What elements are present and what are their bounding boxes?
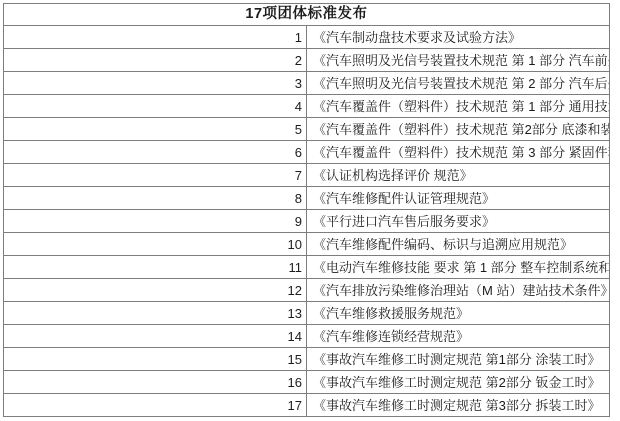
table-title: 17项团体标准发布 — [4, 4, 610, 26]
row-title: 《汽车覆盖件（塑料件）技术规范 第 3 部分 紧固件和五金附件》 — [307, 141, 610, 164]
row-number: 12 — [4, 279, 307, 302]
row-title: 《汽车维修连锁经营规范》 — [307, 325, 610, 348]
table-row: 17 《事故汽车维修工时测定规范 第3部分 拆装工时》 — [4, 394, 610, 417]
table-row: 14 《汽车维修连锁经营规范》 — [4, 325, 610, 348]
standards-table: 17项团体标准发布 1 《汽车制动盘技术要求及试验方法》 2 《汽车照明及光信号… — [3, 3, 610, 417]
row-title: 《汽车维修配件编码、标识与追溯应用规范》 — [307, 233, 610, 256]
row-title: 《汽车排放污染维修治理站（M 站）建站技术条件》 — [307, 279, 610, 302]
row-number: 14 — [4, 325, 307, 348]
table-row: 12 《汽车排放污染维修治理站（M 站）建站技术条件》 — [4, 279, 610, 302]
row-title: 《汽车照明及光信号装置技术规范 第 1 部分 汽车前外部照明及光信号装置》 — [307, 49, 610, 72]
row-number: 4 — [4, 95, 307, 118]
row-number: 10 — [4, 233, 307, 256]
table-row: 5 《汽车覆盖件（塑料件）技术规范 第2部分 底漆和装饰涂层》 — [4, 118, 610, 141]
row-title: 《汽车制动盘技术要求及试验方法》 — [307, 26, 610, 49]
row-title: 《平行进口汽车售后服务要求》 — [307, 210, 610, 233]
table-row: 7 《认证机构选择评价 规范》 — [4, 164, 610, 187]
row-title: 《认证机构选择评价 规范》 — [307, 164, 610, 187]
standards-table-header: 17项团体标准发布 — [4, 4, 610, 26]
table-row: 6 《汽车覆盖件（塑料件）技术规范 第 3 部分 紧固件和五金附件》 — [4, 141, 610, 164]
row-title: 《事故汽车维修工时测定规范 第2部分 钣金工时》 — [307, 371, 610, 394]
row-number: 3 — [4, 72, 307, 95]
standards-table-body: 1 《汽车制动盘技术要求及试验方法》 2 《汽车照明及光信号装置技术规范 第 1… — [4, 26, 610, 417]
table-row: 3 《汽车照明及光信号装置技术规范 第 2 部分 汽车后外部照明及光信号装置》 — [4, 72, 610, 95]
row-title: 《汽车维修配件认证管理规范》 — [307, 187, 610, 210]
row-number: 17 — [4, 394, 307, 417]
row-title: 《事故汽车维修工时测定规范 第3部分 拆装工时》 — [307, 394, 610, 417]
table-title-row: 17项团体标准发布 — [4, 4, 610, 26]
table-row: 4 《汽车覆盖件（塑料件）技术规范 第 1 部分 通用技术要求》 — [4, 95, 610, 118]
table-row: 2 《汽车照明及光信号装置技术规范 第 1 部分 汽车前外部照明及光信号装置》 — [4, 49, 610, 72]
table-row: 1 《汽车制动盘技术要求及试验方法》 — [4, 26, 610, 49]
table-row: 8 《汽车维修配件认证管理规范》 — [4, 187, 610, 210]
row-title: 《电动汽车维修技能 要求 第 1 部分 整车控制系统和驱动电机系统》 — [307, 256, 610, 279]
row-number: 7 — [4, 164, 307, 187]
row-number: 13 — [4, 302, 307, 325]
table-row: 15 《事故汽车维修工时测定规范 第1部分 涂装工时》 — [4, 348, 610, 371]
row-number: 5 — [4, 118, 307, 141]
row-title: 《汽车维修救援服务规范》 — [307, 302, 610, 325]
table-row: 13 《汽车维修救援服务规范》 — [4, 302, 610, 325]
row-title: 《汽车覆盖件（塑料件）技术规范 第 1 部分 通用技术要求》 — [307, 95, 610, 118]
table-row: 10 《汽车维修配件编码、标识与追溯应用规范》 — [4, 233, 610, 256]
row-number: 16 — [4, 371, 307, 394]
row-title: 《事故汽车维修工时测定规范 第1部分 涂装工时》 — [307, 348, 610, 371]
row-number: 9 — [4, 210, 307, 233]
row-title: 《汽车照明及光信号装置技术规范 第 2 部分 汽车后外部照明及光信号装置》 — [307, 72, 610, 95]
table-row: 9 《平行进口汽车售后服务要求》 — [4, 210, 610, 233]
row-number: 6 — [4, 141, 307, 164]
row-number: 2 — [4, 49, 307, 72]
row-number: 11 — [4, 256, 307, 279]
row-number: 8 — [4, 187, 307, 210]
row-number: 1 — [4, 26, 307, 49]
row-number: 15 — [4, 348, 307, 371]
table-row: 16 《事故汽车维修工时测定规范 第2部分 钣金工时》 — [4, 371, 610, 394]
table-row: 11 《电动汽车维修技能 要求 第 1 部分 整车控制系统和驱动电机系统》 — [4, 256, 610, 279]
row-title: 《汽车覆盖件（塑料件）技术规范 第2部分 底漆和装饰涂层》 — [307, 118, 610, 141]
document-page: 17项团体标准发布 1 《汽车制动盘技术要求及试验方法》 2 《汽车照明及光信号… — [0, 0, 620, 417]
